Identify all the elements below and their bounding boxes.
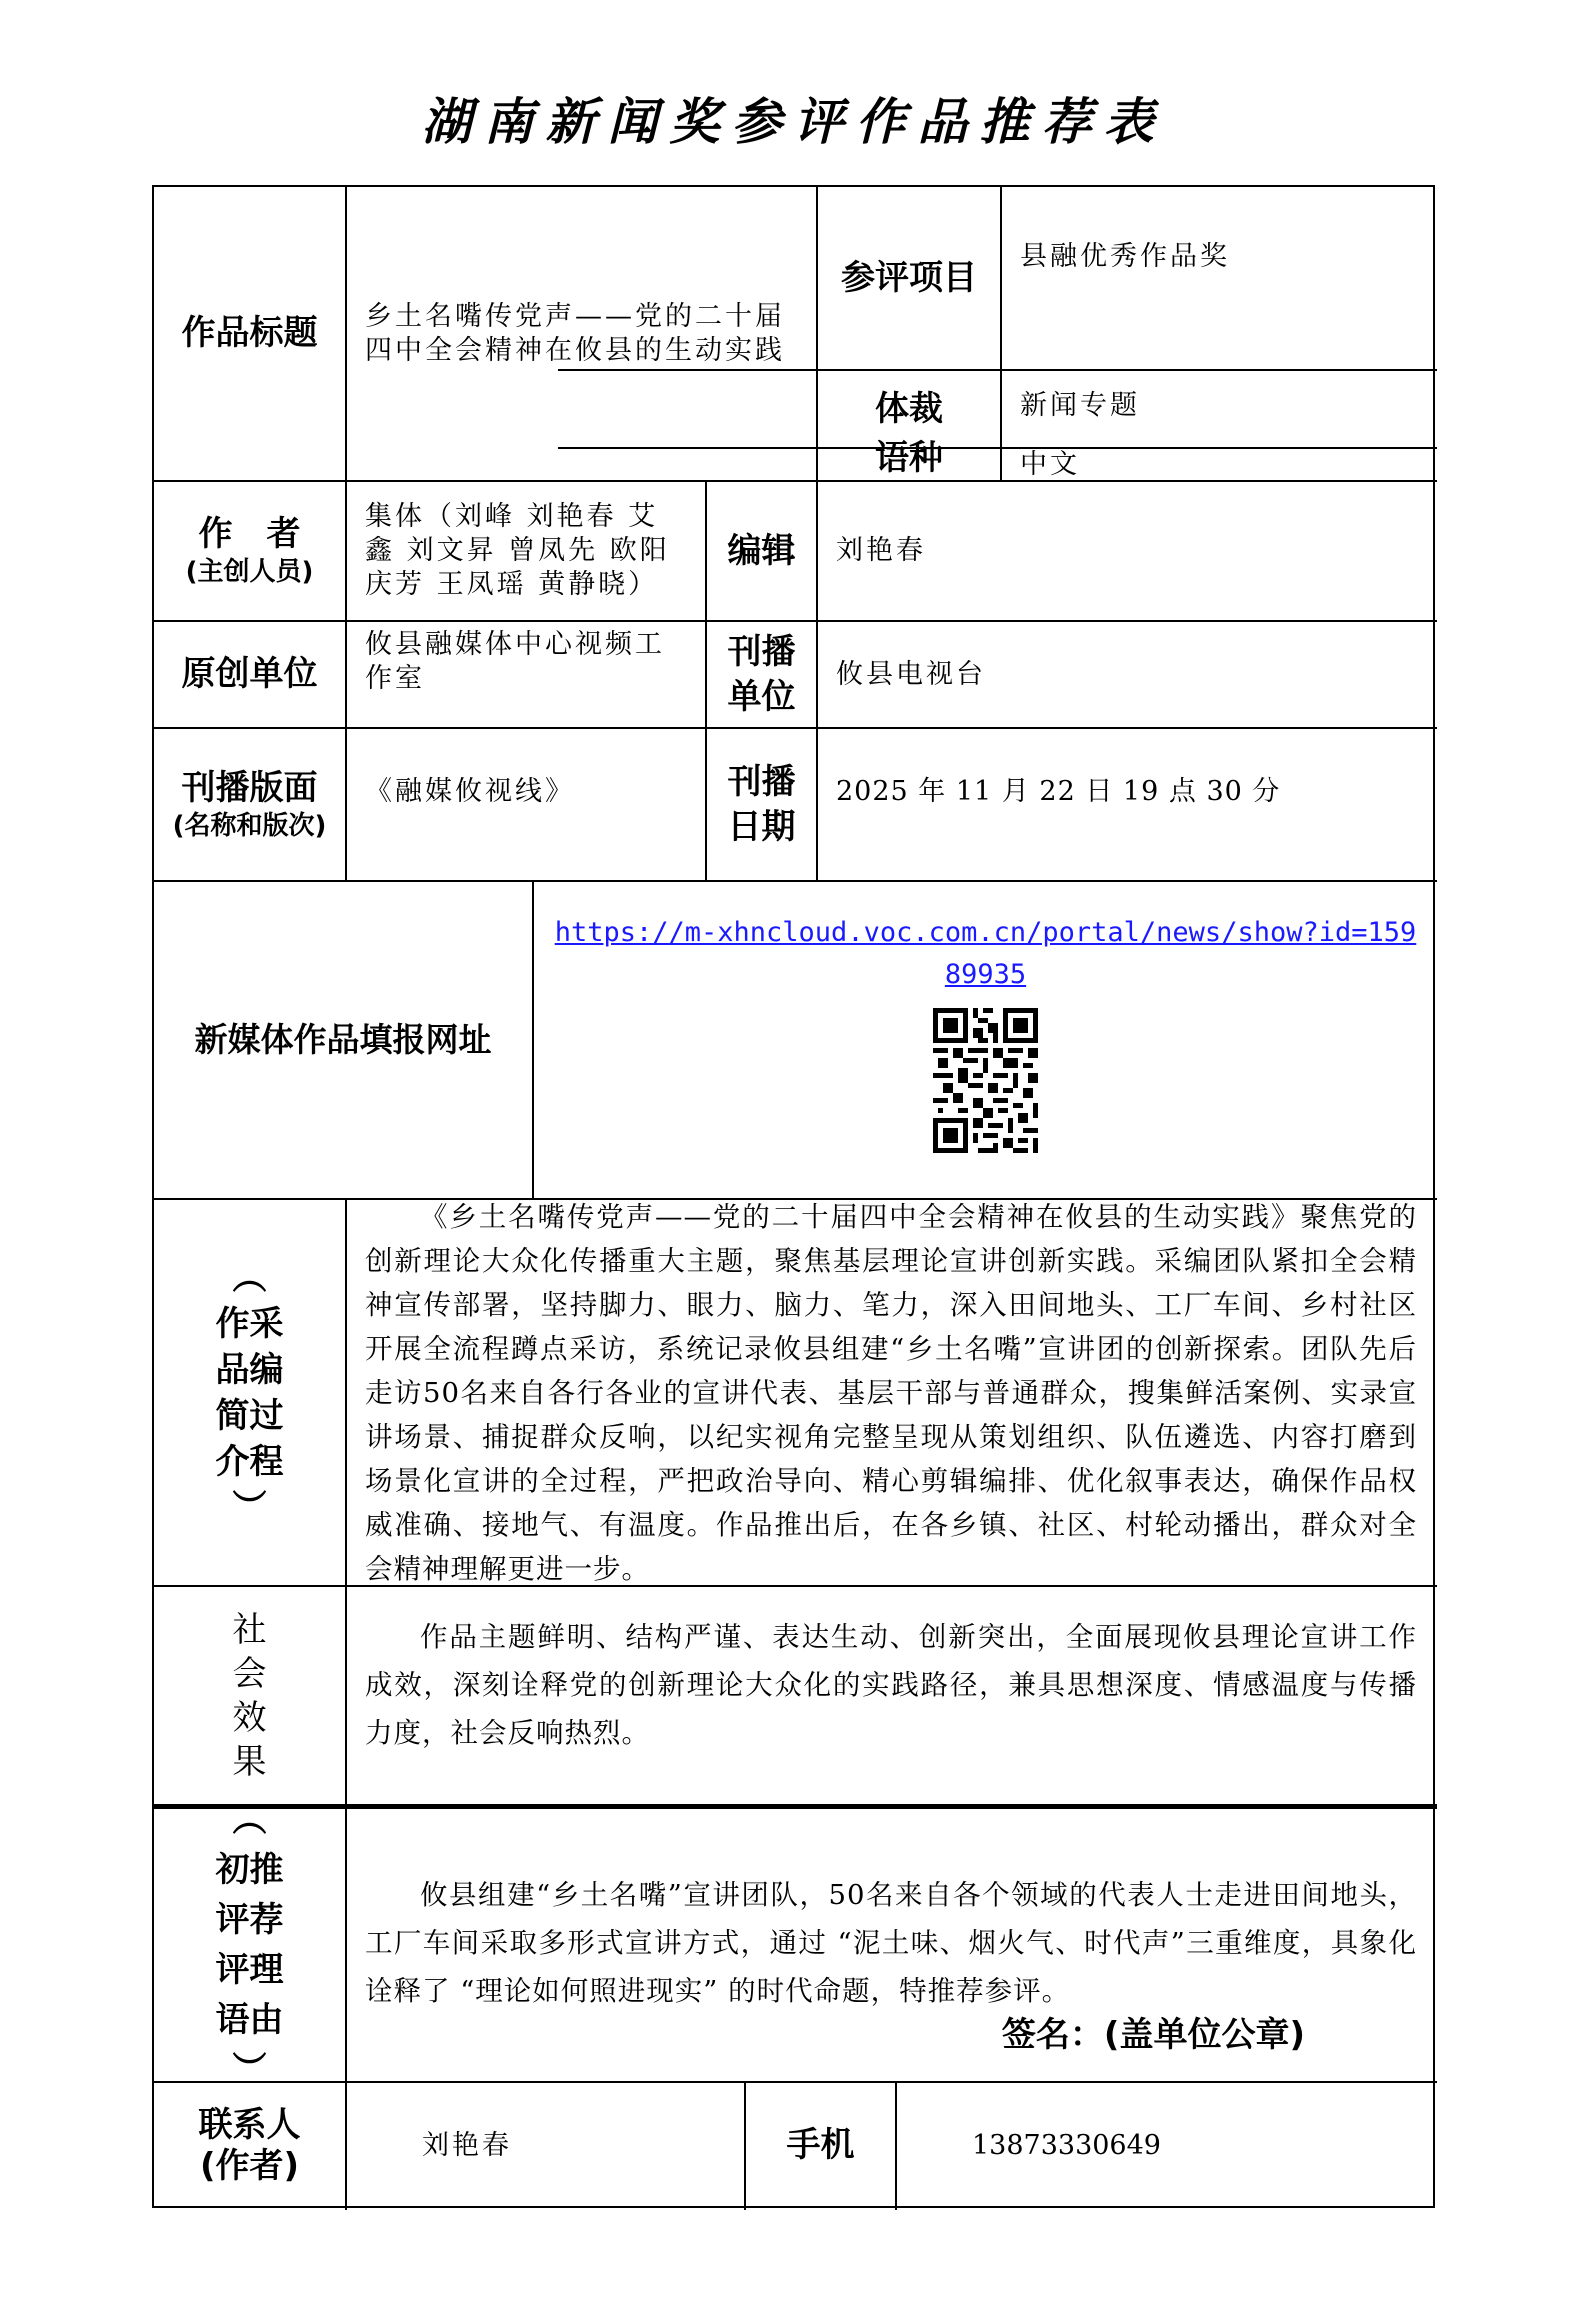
new-media-url-cell: https://m-xhncloud.voc.com.cn/portal/new… — [534, 882, 1437, 1198]
open-paren: ︵ — [233, 1795, 267, 1845]
recommendation-cell: 攸县组建“乡土名嘴”宣讲团队，50名来自各个领域的代表人士走进田间地头，工厂车间… — [347, 1809, 1435, 2081]
work-title-label: 作品标题 — [154, 187, 345, 480]
process-label-line: 简过 — [216, 1393, 284, 1439]
original-unit-label: 原创单位 — [154, 622, 345, 727]
process-label-line: 介程 — [216, 1439, 284, 1485]
recommendation-label-line: 评理 — [216, 1945, 284, 1995]
recommendation-label-line: 语由 — [216, 1995, 284, 2045]
process-text: 《乡土名嘴传党声——党的二十届四中全会精神在攸县的生动实践》聚焦党的创新理论大众… — [347, 1200, 1435, 1585]
contact-value: 刘艳春 — [347, 2083, 744, 2208]
new-media-url-label: 新媒体作品填报网址 — [154, 882, 532, 1198]
language-label: 语种 — [818, 449, 1000, 480]
social-effect-label-char: 果 — [233, 1740, 267, 1784]
author-value: 集体（刘峰 刘艳春 艾鑫 刘文昇 曾凤先 欧阳庆芳 王凤瑶 黄静晓） — [347, 482, 705, 620]
publish-date-value: 2025 年 11 月 22 日 19 点 30 分 — [818, 729, 1437, 854]
page-title: 湖南新闻奖参评作品推荐表 — [0, 92, 1587, 152]
publish-section-value: 《融媒攸视线》 — [347, 729, 705, 854]
contact-label: 联系人 (作者) — [154, 2083, 345, 2208]
signature-stamp-label: 签名：(盖单位公章) — [1002, 2007, 1305, 2056]
new-media-url-link[interactable]: https://m-xhncloud.voc.com.cn/portal/new… — [554, 912, 1417, 996]
editor-label: 编辑 — [707, 482, 816, 620]
contact-label-main: 联系人 — [199, 2105, 301, 2146]
recommendation-label-line: 初推 — [216, 1845, 284, 1895]
author-sublabel: (主创人员) — [186, 556, 314, 590]
publish-unit-value: 攸县电视台 — [818, 622, 1437, 727]
editor-value: 刘艳春 — [818, 482, 1437, 620]
work-title-value: 乡土名嘴传党声——党的二十届四中全会精神在攸县的生动实践 — [347, 187, 816, 480]
qr-code-icon — [933, 1008, 1038, 1153]
publish-section-label-main: 刊播版面 — [182, 766, 318, 810]
language-value: 中文 — [1002, 449, 1437, 480]
recommendation-form-table: 作品标题 乡土名嘴传党声——党的二十届四中全会精神在攸县的生动实践 参评项目 县… — [152, 185, 1435, 2208]
process-label-line: 作采 — [216, 1301, 284, 1347]
genre-value: 新闻专题 — [1002, 371, 1437, 441]
social-effect-label-char: 效 — [233, 1696, 267, 1740]
author-label-main: 作 者 — [199, 512, 301, 556]
publish-unit-label: 刊播单位 — [707, 622, 816, 727]
open-paren: ︵ — [233, 1255, 267, 1301]
process-label: ︵ 作采 品编 简过 介程 ︶ — [154, 1200, 345, 1585]
category-value: 县融优秀作品奖 — [1002, 187, 1437, 327]
author-label: 作 者 (主创人员) — [154, 482, 345, 620]
social-effect-label-char: 会 — [233, 1652, 267, 1696]
social-effect-label: 社 会 效 果 — [154, 1587, 345, 1804]
phone-label: 手机 — [746, 2083, 895, 2208]
category-label: 参评项目 — [818, 187, 1000, 369]
close-paren: ︶ — [233, 1485, 267, 1531]
recommendation-label-line: 评荐 — [216, 1895, 284, 1945]
publish-section-sublabel: (名称和版次) — [173, 810, 327, 844]
recommendation-label: ︵ 初推 评荐 评理 语由 ︶ — [154, 1809, 345, 2081]
phone-value: 13873330649 — [897, 2083, 1437, 2208]
recommendation-text: 攸县组建“乡土名嘴”宣讲团队，50名来自各个领域的代表人士走进田间地头，工厂车间… — [347, 1871, 1435, 2015]
publish-date-label: 刊播日期 — [707, 729, 816, 880]
publish-section-label: 刊播版面 (名称和版次) — [154, 729, 345, 880]
original-unit-value: 攸县融媒体中心视频工作室 — [347, 622, 705, 702]
contact-sublabel: (作者) — [200, 2146, 299, 2187]
social-effect-text: 作品主题鲜明、结构严谨、表达生动、创新突出，全面展现攸县理论宣讲工作成效，深刻诠… — [347, 1587, 1435, 1782]
process-label-line: 品编 — [216, 1347, 284, 1393]
social-effect-label-char: 社 — [233, 1608, 267, 1652]
